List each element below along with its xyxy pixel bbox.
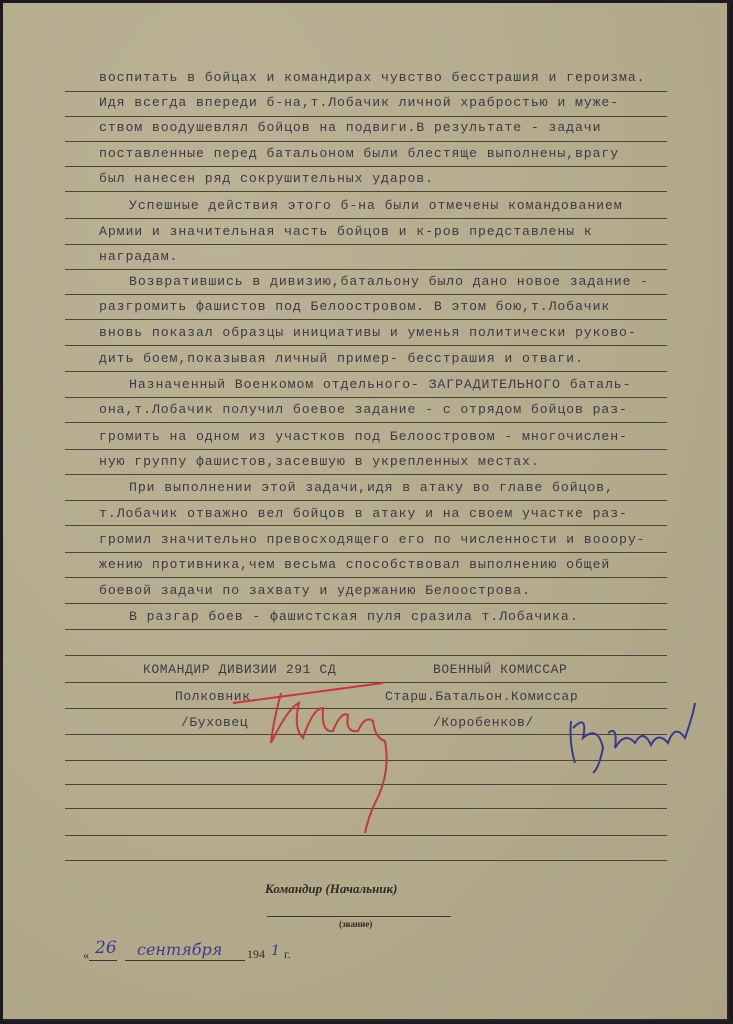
date-month: сентября xyxy=(137,940,222,959)
document-page: воспитать в бойцах и командирах чувство … xyxy=(3,3,729,1021)
date-suffix: г. xyxy=(284,947,291,962)
month-underline xyxy=(125,960,245,961)
day-underline xyxy=(89,960,117,961)
date-year-prefix: 194 xyxy=(247,947,265,962)
blue-signature-icon xyxy=(3,3,733,1024)
date-year-suffix: 1 xyxy=(271,943,280,959)
commander-label: Командир (Начальник) xyxy=(265,881,397,897)
rank-underline xyxy=(267,916,451,917)
rank-caption: (звание) xyxy=(339,919,372,929)
date-day: 26 xyxy=(95,938,117,958)
